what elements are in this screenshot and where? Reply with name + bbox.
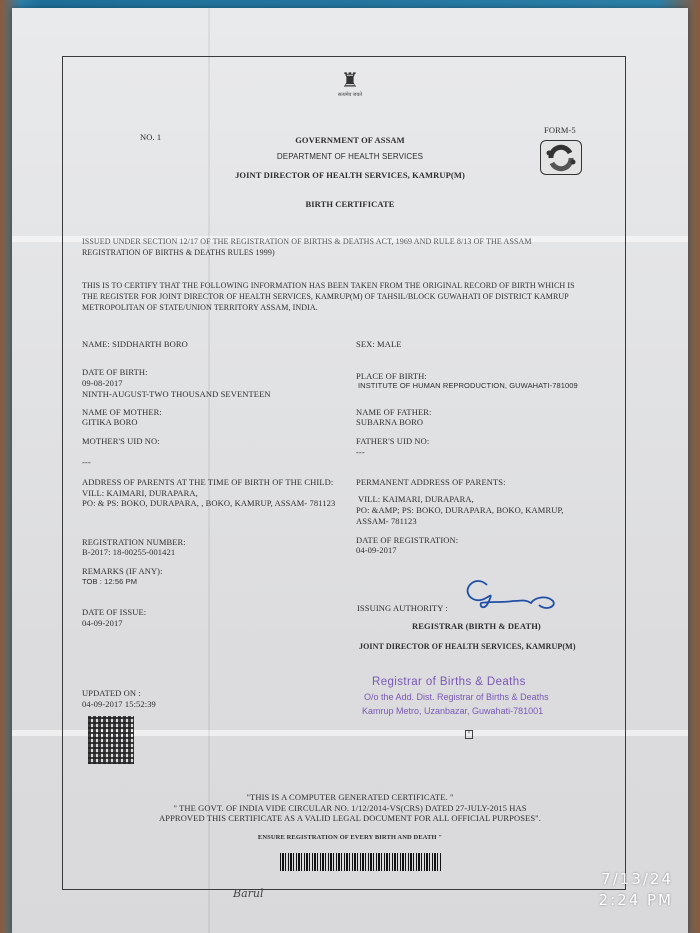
pob-value: INSTITUTE OF HUMAN REPRODUCTION, GUWAHAT… [358,381,578,390]
national-emblem: ♜ सत्यमेव जयते [335,70,365,110]
government-name: GOVERNMENT OF ASSAM [0,135,700,145]
permanent-address-line: ASSAM- 781123 [356,516,417,526]
updated-on-label: UPDATED ON : [82,688,141,698]
issue-date-label: DATE OF ISSUE: [82,607,146,617]
legal-reference-line: ISSUED UNDER SECTION 12/17 OF THE REGIST… [82,237,532,246]
mother-label: NAME OF MOTHER: [82,407,162,417]
department-name: DEPARTMENT OF HEALTH SERVICES [0,152,700,161]
checkbox-icon: × [465,730,473,739]
child-name: NAME: SIDDHARTH BORO [82,339,188,349]
certificate-title: BIRTH CERTIFICATE [0,199,700,209]
dob-words: NINTH-AUGUST-TWO THOUSAND SEVENTEEN [82,389,271,399]
dob-value: 09-08-2017 [82,378,123,388]
mother-value: GITIKA BORO [82,417,138,427]
ashoka-emblem-icon: ♜ [335,70,365,92]
updated-on-value: 04-09-2017 15:52:39 [82,699,156,709]
birth-address-label: ADDRESS OF PARENTS AT THE TIME OF BIRTH … [82,477,333,487]
remarks-value: TOB : 12:56 PM [82,577,137,586]
registrar-office: JOINT DIRECTOR OF HEALTH SERVICES, KAMRU… [359,642,576,651]
issuing-authority-label: ISSUING AUTHORITY : [357,603,448,613]
pob-label: PLACE OF BIRTH: [356,371,427,381]
permanent-address-line: VILL: KAIMARI, DURAPARA, [358,494,474,504]
birth-address-line: PO: & PS: BOKO, DURAPARA, , BOKO, KAMRUP… [82,498,335,508]
father-uid-value: --- [356,447,365,457]
certificate-border [62,56,626,890]
permanent-address-label: PERMANENT ADDRESS OF PARENTS: [356,477,506,487]
form-number: FORM-5 [544,125,576,135]
photo-time: 2:24 PM [560,891,673,909]
stamp-line: Registrar of Births & Deaths [372,676,526,688]
stamp-line: Kamrup Metro, Uzanbazar, Guwahati-781001 [362,706,543,716]
dob-label: DATE OF BIRTH: [82,367,148,377]
legal-reference-line: REGISTRATION OF BIRTHS & DEATHS RULES 19… [82,248,275,257]
certify-text: THE REGISTER FOR JOINT DIRECTOR OF HEALT… [82,292,569,301]
handwritten-note: Barul [233,887,264,900]
footer-note: APPROVED THIS CERTIFICATE AS A VALID LEG… [0,813,700,823]
certify-text: METROPOLITAN OF STATE/UNION TERRITORY AS… [82,303,318,312]
remarks-label: REMARKS (IF ANY): [82,566,163,576]
father-uid-label: FATHER'S UID NO: [356,436,429,446]
emblem-motto: सत्यमेव जयते [335,92,365,98]
footer-note: " THE GOVT. OF INDIA VIDE CIRCULAR NO. 1… [0,803,700,813]
mother-uid-value: --- [82,457,91,467]
birth-address-line: VILL: KAIMARI, DURAPARA, [82,488,198,498]
permanent-address-line: PO: &AMP; PS: BOKO, DURAPARA, BOKO, KAMR… [356,505,564,515]
father-label: NAME OF FATHER: [356,407,432,417]
footer-slogan: ENSURE REGISTRATION OF EVERY BIRTH AND D… [0,834,700,841]
signature [455,577,560,622]
mother-uid-label: MOTHER'S UID NO: [82,436,160,446]
photo-date: 7/13/24 [560,870,673,888]
qr-code[interactable] [88,716,134,764]
issue-date-value: 04-09-2017 [82,618,123,628]
stamp-line: O/o the Add. Dist. Registrar of Births &… [364,692,549,702]
registrar-title: REGISTRAR (BIRTH & DEATH) [412,621,541,631]
registration-date-label: DATE OF REGISTRATION: [356,535,458,545]
footer-note: "THIS IS A COMPUTER GENERATED CERTIFICAT… [0,792,700,802]
barcode[interactable] [280,853,442,871]
registration-number-label: REGISTRATION NUMBER: [82,537,186,547]
certify-text: THIS IS TO CERTIFY THAT THE FOLLOWING IN… [82,281,575,290]
child-sex: SEX: MALE [356,339,402,349]
registration-date-value: 04-09-2017 [356,545,397,555]
father-value: SUBARNA BORO [356,417,423,427]
office-name: JOINT DIRECTOR OF HEALTH SERVICES, KAMRU… [0,170,700,180]
registration-number-value: B-2017: 18-00255-001421 [82,547,175,557]
